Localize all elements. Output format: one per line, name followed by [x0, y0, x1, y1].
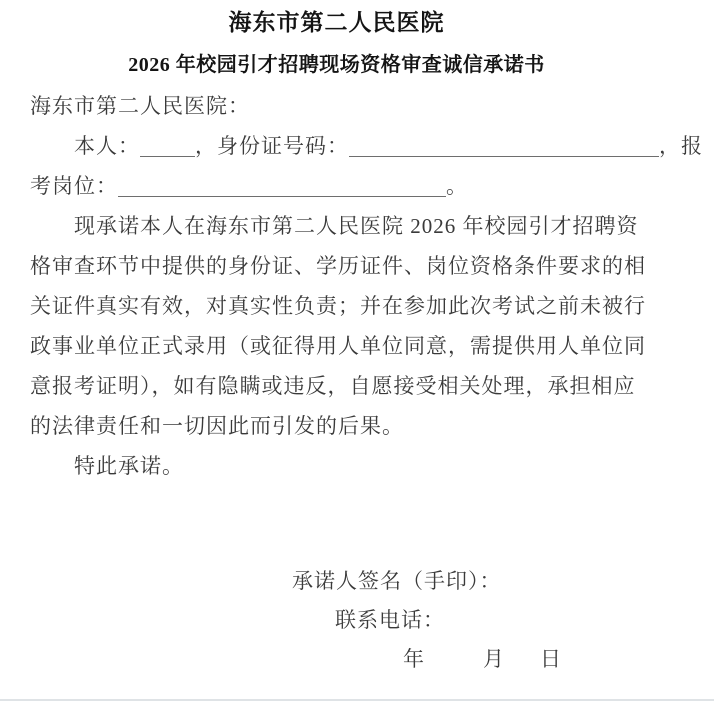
- date-year-label: 年: [403, 646, 425, 672]
- signature-label: 承诺人签名（手印）：: [292, 568, 502, 594]
- body-line: 政事业单位正式录用（或征得用人单位同意，需提供用人单位同: [30, 333, 646, 359]
- commitment-letter-page: 海东市第二人民医院 2026 年校园引才招聘现场资格审查诚信承诺书 海东市第二人…: [0, 0, 714, 705]
- date-month-label: 月: [483, 646, 505, 672]
- body-line: 的法律责任和一切因此而引发的后果。: [30, 413, 404, 439]
- name-label: 本人：: [74, 134, 140, 158]
- body-line: 现承诺本人在海东市第二人民医院 2026 年校园引才招聘资: [74, 213, 639, 239]
- post-blank-field: [118, 176, 446, 197]
- body-line: 关证件真实有效，对真实性负责；并在参加此次考试之前未被行: [30, 293, 646, 319]
- body-line: 格审查环节中提供的身份证、学历证件、岗位资格条件要求的相: [30, 253, 646, 279]
- document-subtitle: 2026 年校园引才招聘现场资格审查诚信承诺书: [30, 52, 643, 78]
- id-number-label: ，身份证号码：: [195, 134, 349, 158]
- salutation: 海东市第二人民医院：: [30, 93, 250, 119]
- bottom-divider: [0, 699, 714, 701]
- name-blank-field: [140, 136, 195, 157]
- fill-line-name-id: 本人：，身份证号码：，报: [74, 133, 703, 159]
- post-label: 考岗位：: [30, 174, 118, 198]
- closing-line: 特此承诺。: [74, 453, 184, 479]
- body-line: 意报考证明），如有隐瞒或违反，自愿接受相关处理，承担相应: [30, 373, 636, 399]
- date-day-label: 日: [540, 646, 562, 672]
- fill-line-2-suffix: 。: [446, 174, 468, 198]
- id-number-blank-field: [349, 136, 659, 157]
- phone-label: 联系电话：: [335, 607, 445, 633]
- document-title: 海东市第二人民医院: [30, 10, 643, 36]
- fill-line-1-suffix: ，报: [659, 134, 703, 158]
- fill-line-post: 考岗位：。: [30, 173, 468, 199]
